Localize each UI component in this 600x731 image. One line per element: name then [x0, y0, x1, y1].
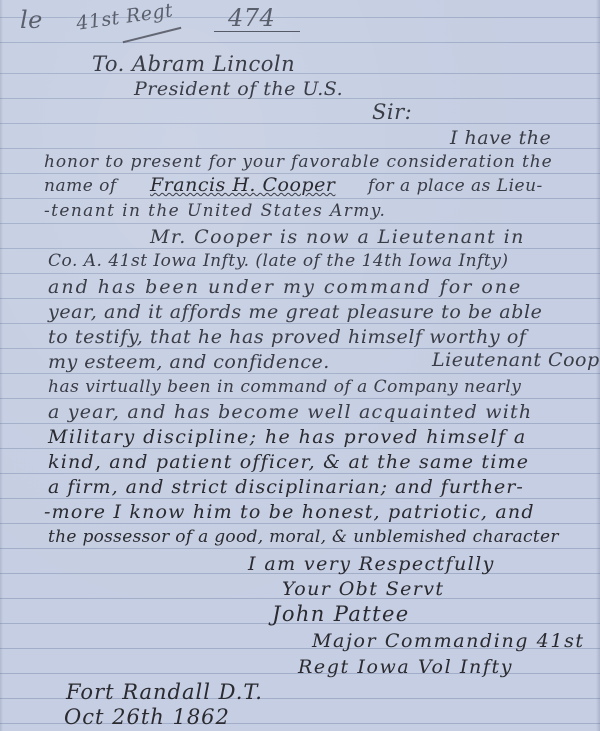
body-line-1: I have the [450, 127, 551, 149]
body-line-11: has virtually been in command of a Compa… [48, 377, 521, 397]
signature: John Pattee [272, 602, 410, 626]
body-line-3a: name of [44, 176, 117, 196]
addressee-title: President of the U.S. [134, 78, 343, 100]
regiment-note-strike [123, 27, 182, 43]
file-number: 474 [228, 4, 275, 32]
top-left-mark: le [20, 6, 43, 34]
body-line-5: Mr. Cooper is now a Lieutenant in [150, 226, 525, 248]
body-line-10b: Lieutenant Cooper [432, 349, 600, 371]
signer-rank: Major Commanding 41st [312, 630, 585, 652]
page-edge-left [0, 0, 3, 731]
nominee-name: Francis H. Cooper [150, 174, 335, 196]
body-line-3b: for a place as Lieu- [368, 176, 543, 196]
signer-unit: Regt Iowa Vol Infty [298, 656, 513, 678]
closing-line-1: I am very Respectfully [248, 553, 495, 575]
closing-line-2: Your Obt Servt [282, 578, 444, 600]
letter-page: le 41st Regt 474 To. Abram Lincoln Presi… [0, 0, 600, 731]
body-line-9: to testify, that he has proved himself w… [48, 326, 527, 348]
body-line-6: Co. A. 41st Iowa Infty. (late of the 14t… [48, 251, 508, 271]
body-line-7: and has been under my command for one [48, 276, 522, 298]
body-line-4: -tenant in the United States Army. [44, 201, 386, 221]
body-line-17: the possessor of a good, moral, & unblem… [48, 527, 559, 547]
salutation: Sir: [372, 100, 412, 124]
body-line-15: a firm, and strict disciplinarian; and f… [48, 476, 524, 498]
body-line-10a: my esteem, and confidence. [48, 351, 330, 373]
body-line-2: honor to present for your favorable cons… [44, 152, 553, 172]
regiment-note: 41st Regt [75, 0, 175, 35]
addressee-line: To. Abram Lincoln [92, 52, 295, 76]
body-line-13: Military discipline; he has proved himse… [48, 426, 527, 448]
dateline-date: Oct 26th 1862 [64, 705, 230, 729]
body-line-16: -more I know him to be honest, patriotic… [44, 501, 535, 523]
file-number-underline [214, 31, 300, 32]
body-line-12: a year, and has become well acquainted w… [48, 401, 532, 423]
body-line-8: year, and it affords me great pleasure t… [48, 301, 543, 323]
body-line-14: kind, and patient officer, & at the same… [48, 451, 529, 473]
dateline-place: Fort Randall D.T. [66, 680, 263, 704]
